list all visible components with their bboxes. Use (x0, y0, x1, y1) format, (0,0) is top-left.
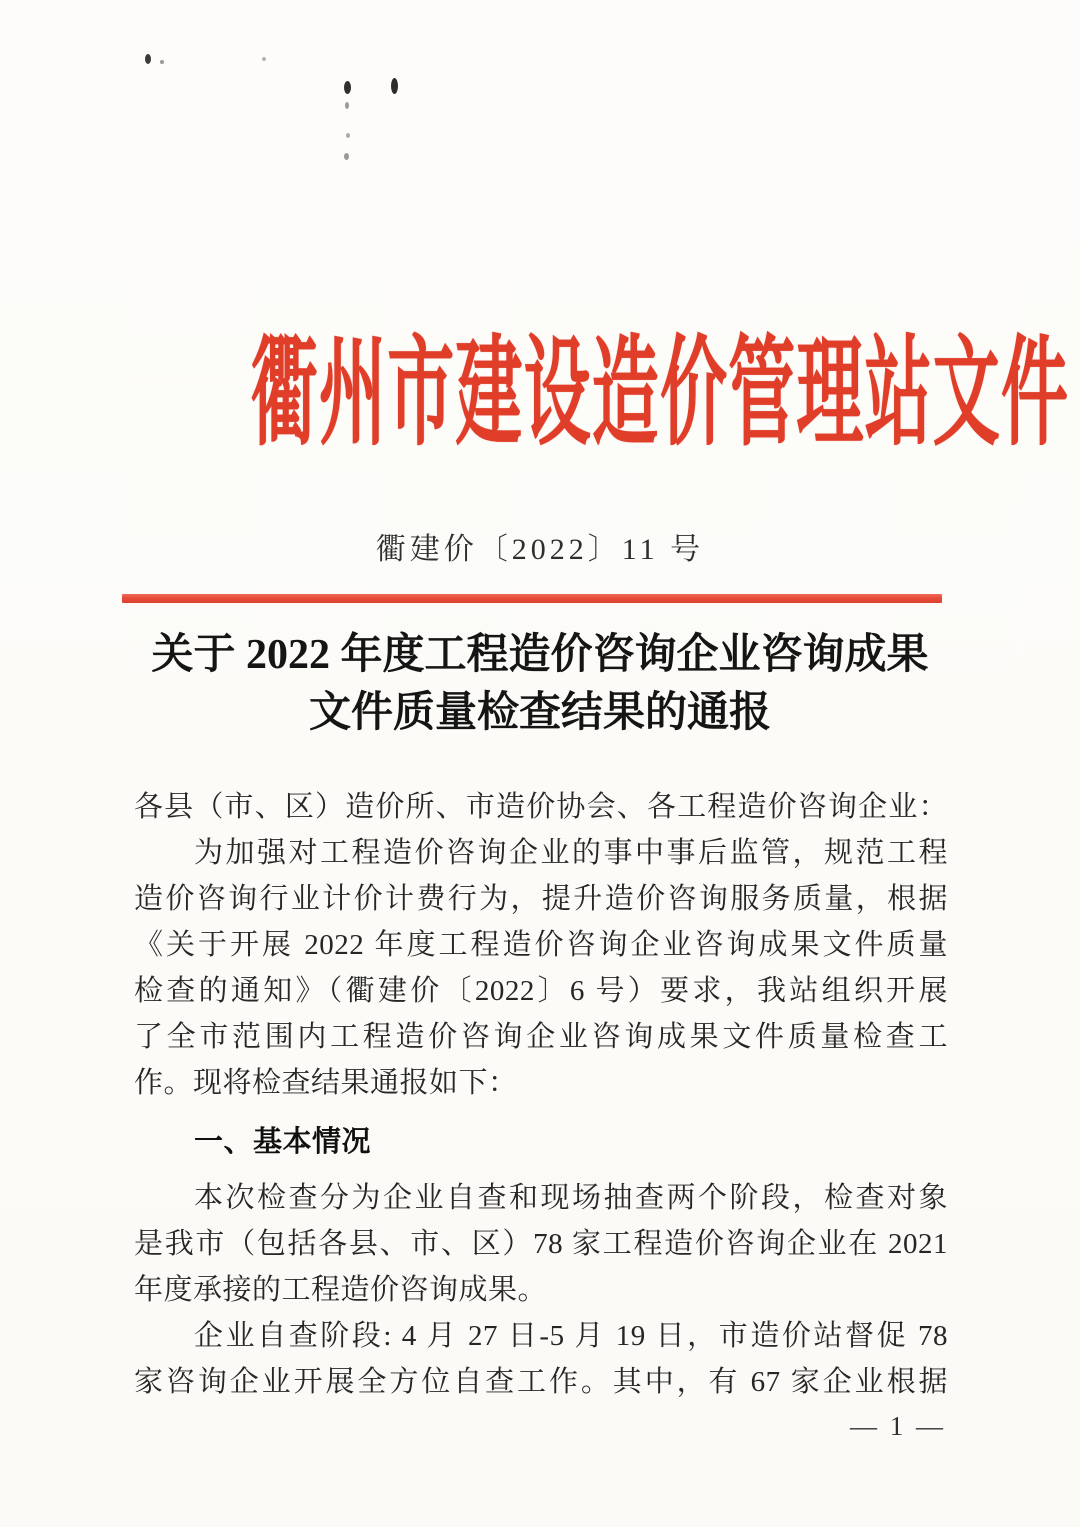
org-title: 衢州市建设造价管理站文件 (251, 297, 1069, 468)
body-line: 造价咨询行业计价计费行为，提升造价咨询服务质量，根据 (134, 876, 948, 922)
body-line: 检查的通知》（衢建价〔2022〕6 号）要求，我站组织开展 (134, 968, 948, 1014)
doc-title-line2: 文件质量检查结果的通报 (0, 684, 1080, 742)
scan-speck (145, 54, 151, 64)
scan-speck (346, 133, 350, 138)
scan-speck (160, 60, 164, 64)
scan-speck (345, 102, 349, 109)
scan-speck (344, 153, 349, 160)
body-line: 作。现将检查结果通报如下： (134, 1060, 948, 1106)
body-line: 为加强对工程造价咨询企业的事中事后监管，规范工程 (134, 830, 948, 876)
body-line: 年度承接的工程造价咨询成果。 (134, 1267, 948, 1313)
body-line: 了全市范围内工程造价咨询企业咨询成果文件质量检查工 (134, 1014, 948, 1060)
scan-speck (344, 81, 351, 94)
body-line: 家咨询企业开展全方位自查工作。其中，有 67 家企业根据 (134, 1359, 948, 1405)
scanned-document-page: 衢州市建设造价管理站文件 衢建价〔2022〕11 号 关于 2022 年度工程造… (0, 0, 1080, 1527)
body-line: 《关于开展 2022 年度工程造价咨询企业咨询成果文件质量 (134, 922, 948, 968)
scan-speck (262, 57, 266, 61)
body-line: 企业自查阶段: 4 月 27 日-5 月 19 日，市造价站督促 78 (134, 1313, 948, 1359)
doc-title: 关于 2022 年度工程造价咨询企业咨询成果 文件质量检查结果的通报 (0, 626, 1080, 742)
red-letterhead: 衢州市建设造价管理站文件 (0, 297, 1080, 452)
page-number: — 1 — (850, 1411, 946, 1442)
body-text: 各县（市、区）造价所、市造价协会、各工程造价咨询企业：为加强对工程造价咨询企业的… (134, 784, 948, 1405)
body-line: 本次检查分为企业自查和现场抽查两个阶段，检查对象 (134, 1175, 948, 1221)
doc-number: 衢建价〔2022〕11 号 (0, 524, 1080, 568)
body-line: 是我市（包括各县、市、区）78 家工程造价咨询企业在 2021 (134, 1221, 948, 1267)
body-line: 各县（市、区）造价所、市造价协会、各工程造价咨询企业： (134, 784, 948, 830)
section-heading: 一、基本情况 (134, 1119, 948, 1165)
red-divider-line (122, 594, 942, 603)
scan-speck (391, 78, 398, 94)
doc-title-line1: 关于 2022 年度工程造价咨询企业咨询成果 (0, 626, 1080, 684)
